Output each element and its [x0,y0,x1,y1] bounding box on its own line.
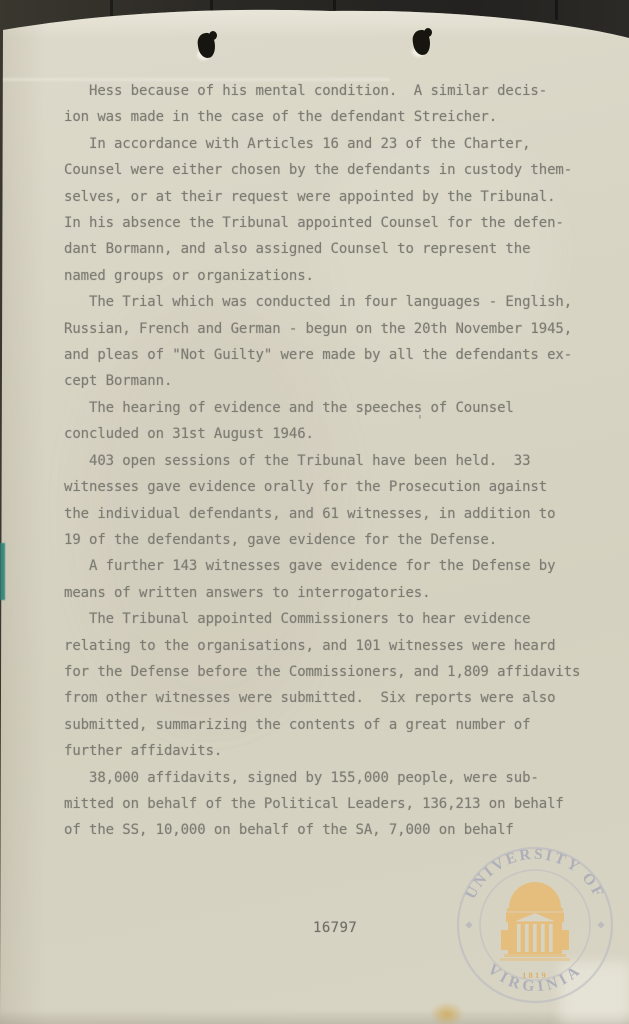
teal-edge-strip [0,543,5,600]
page-number: 16797 [313,920,357,936]
punch-hole-shape [209,31,217,40]
punch-hole-left [198,31,217,58]
stray-ink-mark: ' [416,414,424,429]
paper-left-shading [0,0,46,1024]
paper-sheet: UNIVERSITY OF VIRGINIA 1819 [0,0,629,1024]
rotunda-icon [500,882,570,961]
seal-left-diamond [465,921,472,928]
punch-hole-right [413,28,432,55]
seal-year: 1819 [522,970,548,980]
board-seam [555,0,558,20]
university-of-virginia-seal-watermark: UNIVERSITY OF VIRGINIA 1819 [450,840,620,1010]
punch-hole-shape [424,28,432,37]
typed-document-text: Hess because of his mental condition. A … [64,78,580,844]
seal-right-diamond [597,921,604,928]
paper-bottom-shadow [0,1010,629,1024]
